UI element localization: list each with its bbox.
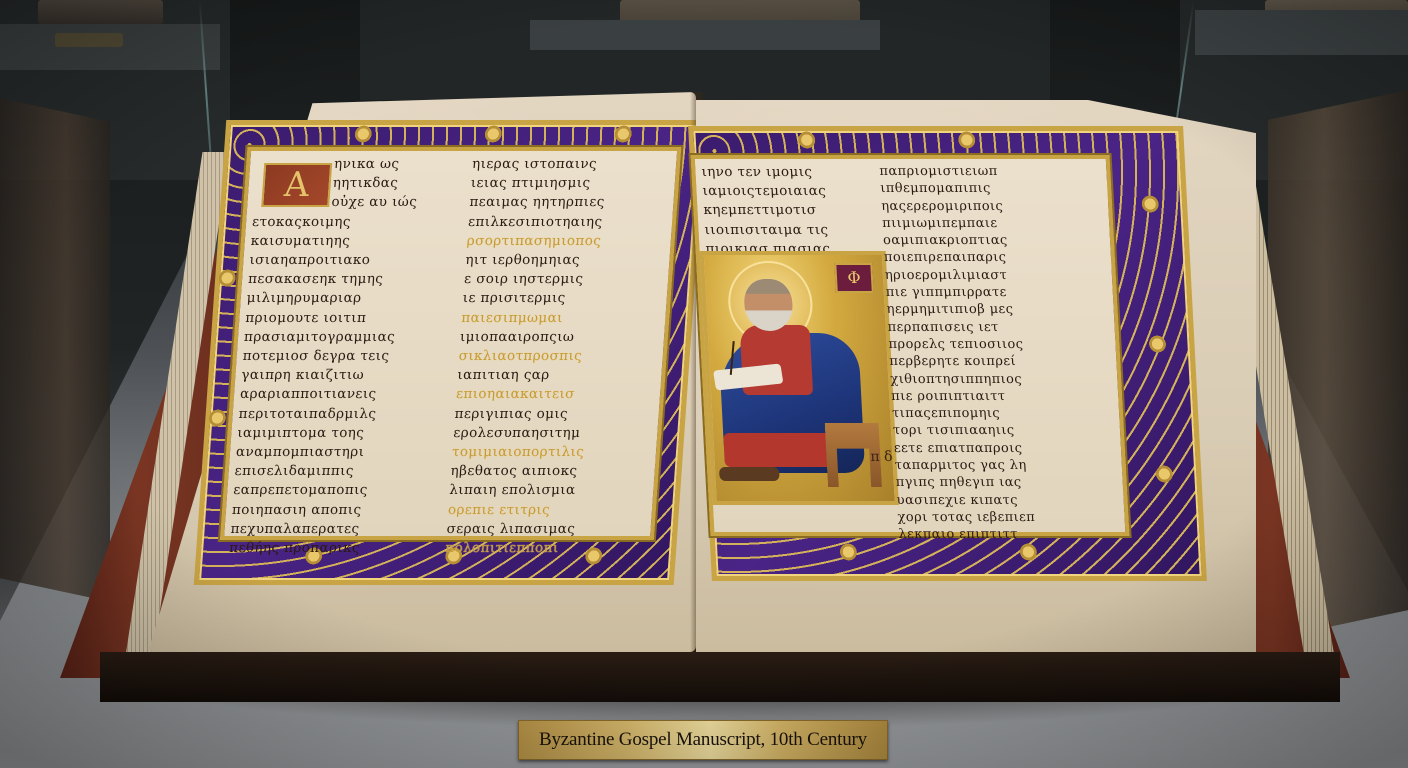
background-ledge-left [0,24,220,70]
left-text-panel: A ηνικα ως ηητικδας οὐχε αυ ιώς ετοκαςκο… [220,147,681,540]
exhibit-plaque: Byzantine Gospel Manuscript, 10th Centur… [518,720,888,760]
evangelist-feet [719,467,780,481]
left-page-column-2: ηιερας ιστοπαινς ιειας πτιμιησμις πεαιμα… [445,155,669,558]
evangelist-miniature: Φ [700,251,899,505]
right-text-panel: ιηνο τεν ιμομις ιαμιοιςτεμοιαιας κηεμπετ… [691,155,1130,536]
border-ornament [1146,456,1183,493]
background-ledge-center [530,20,880,50]
open-manuscript: A ηνικα ως ηητικδας οὐχε αυ ιώς ετοκαςκο… [60,92,1350,692]
museum-scene: A ηνικα ως ηητικδας οὐχε αυ ιώς ετοκαςκο… [0,0,1408,768]
right-page-ornamental-border: ιηνο τεν ιμομις ιαμιοιςτεμοιαιας κηεμπετ… [688,126,1207,581]
background-book-top-left [38,0,163,24]
left-page-ornamental-border: A ηνικα ως ηητικδας οὐχε αυ ιώς ετοκαςκο… [194,120,707,585]
border-ornament [830,534,867,571]
plaque-label: Byzantine Gospel Manuscript, 10th Centur… [539,729,867,751]
evangelist-red-hem [723,433,835,467]
border-ornament [948,122,985,159]
page-block-underside [100,652,1340,702]
background-ledge-right [1195,10,1408,55]
marginal-note: π δ [870,449,893,465]
monogram-badge: Φ [834,263,874,293]
background-plaque-left [55,33,123,47]
border-ornament [1139,326,1176,363]
right-page-column-2: παπριομιστιειωπ ιπθεμπομαπιπις ηαςερερομ… [879,163,1095,544]
border-ornament [1132,186,1169,223]
left-page-column-1: ηνικα ως ηητικδας οὐχε αυ ιώς ετοκαςκοιμ… [229,155,453,558]
border-ornament [788,122,825,159]
